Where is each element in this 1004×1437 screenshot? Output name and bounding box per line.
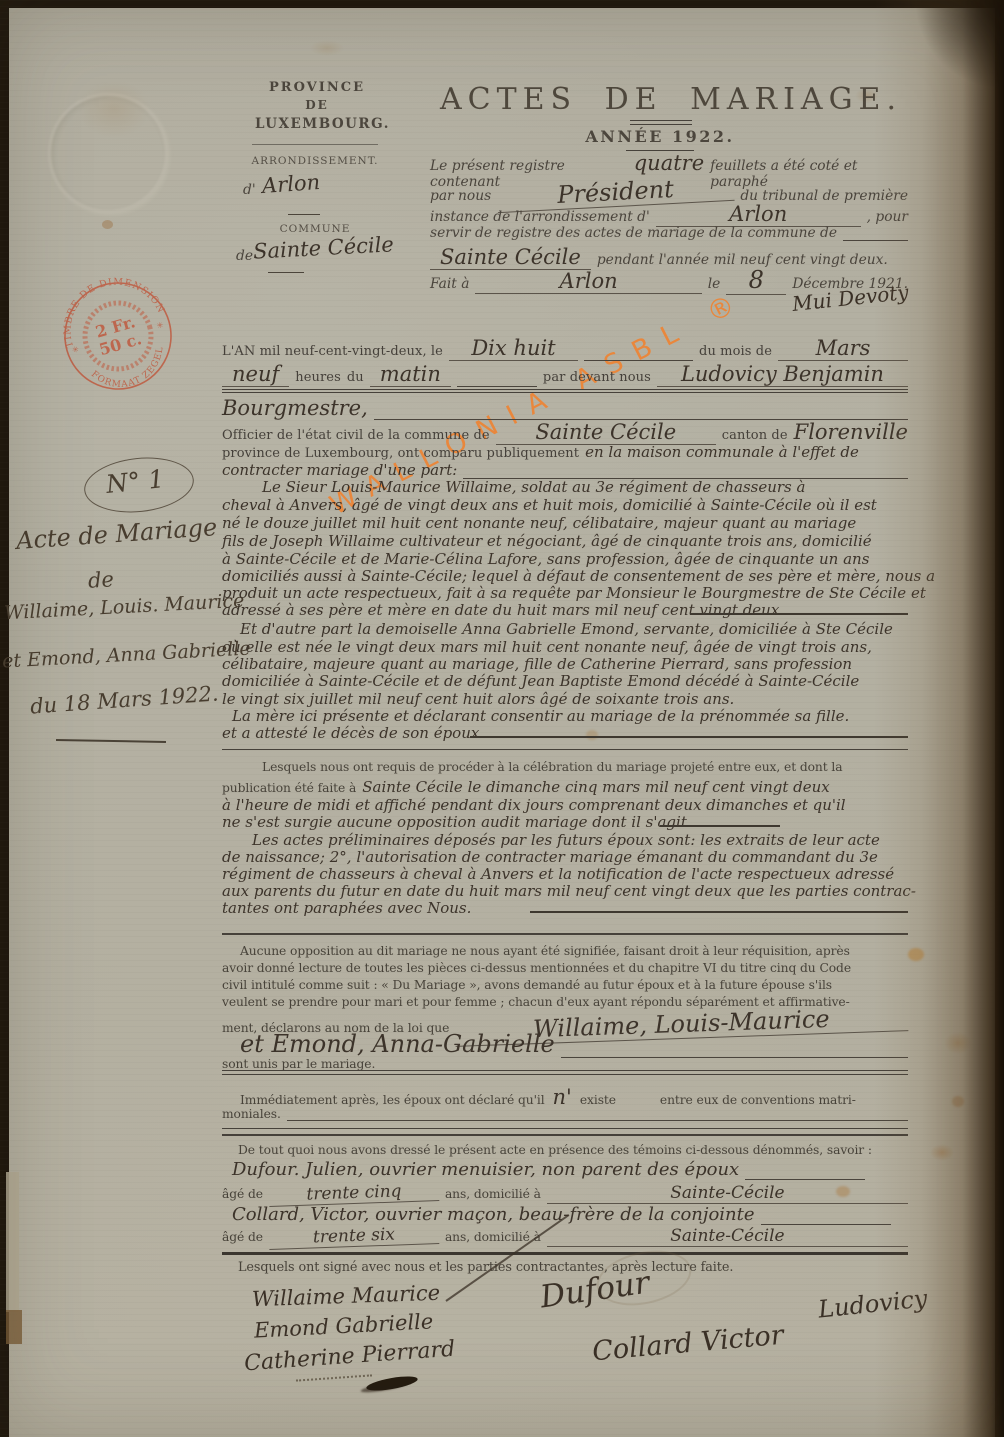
- divider-rule: [222, 749, 908, 750]
- hand-fill-line: [470, 736, 908, 738]
- blank-line: [287, 1116, 908, 1121]
- publication-hand-line: à l'heure de midi et affiché pendant dix…: [222, 796, 846, 814]
- printed-text: publication été faite à: [222, 781, 356, 795]
- year-label: ANNÉE 1922.: [440, 127, 880, 146]
- blank-line: [561, 1053, 908, 1058]
- witness-2-age-line: âgé de trente six ans, domicilié à Saint…: [222, 1226, 908, 1247]
- hand-arlon-2: Arlon: [475, 269, 701, 294]
- groom-line: né le douze juillet mil huit cent nonant…: [222, 514, 856, 532]
- printed-text: ans, domicilié à: [445, 1187, 541, 1201]
- hand-witness-1-domicile: Sainte-Cécile: [547, 1183, 908, 1204]
- printed-text: entre eux de conventions matri-: [660, 1093, 856, 1107]
- declaration-printed-line: Aucune opposition au dit mariage ne nous…: [240, 944, 850, 958]
- stamp-ornament-left: ✳: [71, 344, 80, 355]
- arrondissement-label: ARRONDISSEMENT.: [247, 155, 383, 167]
- witness-1-name-line: Dufour. Julien, ouvrier menuisier, non p…: [232, 1159, 908, 1180]
- printed-text: Immédiatement après, les époux ont décla…: [240, 1093, 545, 1107]
- stamp-ornament-right: ✳: [156, 320, 165, 331]
- margin-note-line2: de: [87, 567, 114, 593]
- arrondissement-value: Arlon: [261, 170, 321, 198]
- groom-line: domiciliés aussi à Sainte-Cécile; lequel…: [222, 567, 935, 585]
- blank-line: [457, 382, 537, 387]
- publication-hand-line: de naissance; 2°, l'autorisation de cont…: [222, 848, 878, 866]
- declaration-closing: sont unis par le mariage.: [222, 1057, 375, 1071]
- divider-rule: [222, 933, 908, 935]
- hand-witness-1-age: trente cinq: [269, 1180, 440, 1207]
- printed-text: du mois de: [699, 344, 772, 359]
- commune-prefix: de: [236, 248, 253, 264]
- act-line-4: Officier de l'état civil de la commune d…: [222, 420, 908, 445]
- declaration-line-6: et Emond, Anna-Gabrielle: [240, 1030, 908, 1058]
- hand-bourgmestre: Bourgmestre,: [222, 396, 368, 420]
- bride-line: et a attesté le décès de son époux.: [222, 724, 484, 742]
- groom-line: Le Sieur Louis-Maurice Willaime, soldat …: [262, 478, 805, 496]
- groom-line: à Sainte-Cécile et de Marie-Célina Lafor…: [222, 550, 869, 568]
- hand-matin: matin: [370, 362, 451, 387]
- hand-fill-line: [530, 911, 908, 913]
- margin-note-number: N° 1: [105, 464, 166, 499]
- groom-line: adressé à ses père et mère en date du hu…: [222, 601, 784, 619]
- printed-text: province de Luxembourg, ont comparu publ…: [222, 446, 579, 461]
- hand-hour: neuf: [222, 362, 289, 387]
- hand-officer-name: Ludovicy Benjamin: [657, 362, 908, 387]
- scanned-marriage-register-page: PROVINCE DE LUXEMBOURG. ARRONDISSEMENT. …: [0, 0, 1004, 1437]
- printed-text: moniales.: [222, 1107, 281, 1121]
- hand-day: Dix huit: [449, 336, 578, 361]
- printed-text: , pour: [867, 209, 908, 225]
- printed-text: existe: [580, 1093, 616, 1107]
- embossed-seal: [48, 93, 168, 213]
- page-edge-notch: [6, 1310, 22, 1344]
- hand-bride-name: et Emond, Anna-Gabrielle: [240, 1030, 555, 1058]
- bride-line: La mère ici présente et déclarant consen…: [232, 707, 849, 725]
- divider-rule: [252, 144, 378, 145]
- act-line-6: contracter mariage d'une part:: [222, 461, 908, 479]
- publication-hand-line: aux parents du futur en date du huit mar…: [222, 882, 916, 900]
- hand-witness-1: Dufour. Julien, ouvrier menuisier, non p…: [232, 1159, 739, 1180]
- printed-text: âgé de: [222, 1187, 263, 1201]
- witness-2-name-line: Collard, Victor, ouvrier maçon, beau-frè…: [232, 1204, 908, 1225]
- act-line-5: province de Luxembourg, ont comparu publ…: [222, 443, 908, 461]
- witnesses-intro: De tout quoi nous avons dressé le présen…: [238, 1143, 872, 1157]
- hand-text: contracter mariage d'une part:: [222, 461, 457, 479]
- printed-text: du: [347, 370, 364, 385]
- hand-fill-line: [660, 825, 780, 827]
- title-underline: [630, 124, 692, 125]
- divider-rule: [222, 1134, 908, 1136]
- act-line-2: neuf heures du matin par devant nous Lud…: [222, 362, 908, 387]
- title-underline: [630, 120, 692, 121]
- page-title: ACTES DE MARIAGE.: [440, 82, 880, 117]
- printed-text: Fait à: [430, 276, 469, 292]
- publication-hand-line: régiment de chasseurs à cheval à Anvers …: [222, 865, 894, 883]
- groom-line: cheval à Anvers, âgé de vingt deux ans e…: [222, 496, 877, 514]
- province-label-line1: PROVINCE: [262, 80, 372, 95]
- page-edge-sliver: [6, 1172, 19, 1312]
- publication-hand-line: tantes ont paraphées avec Nous.: [222, 899, 471, 917]
- hand-quatre: quatre: [634, 151, 704, 175]
- publication-hand-line: Les actes préliminaires déposés par les …: [252, 831, 880, 849]
- hand-witness-2-age: trente six: [269, 1223, 440, 1250]
- conventions-line-2: moniales.: [222, 1107, 908, 1121]
- register-line-3: instance de l'arrondissement d' Arlon , …: [430, 202, 908, 227]
- hand-dash: [288, 214, 320, 215]
- groom-line: produit un acte respectueux, fait à sa r…: [222, 584, 926, 602]
- province-label-line3: LUXEMBOURG.: [255, 116, 379, 132]
- printed-text: L'AN mil neuf-cent-vingt-deux, le: [222, 344, 443, 359]
- divider-rule: [222, 1128, 908, 1129]
- hand-month: Mars: [778, 336, 908, 361]
- hand-witness-2-domicile: Sainte-Cécile: [547, 1226, 908, 1247]
- printed-text: servir de registre des actes de mariage …: [430, 225, 837, 241]
- publication-line-2: publication été faite à Sainte Cécile le…: [222, 778, 908, 796]
- blank-line: [843, 236, 908, 241]
- hand-text: en la maison communale à l'effet de: [585, 443, 859, 461]
- publication-printed-1: Lesquels nous ont requis de procéder à l…: [262, 760, 842, 774]
- hand-canton: Florenville: [794, 420, 908, 444]
- register-line-4: servir de registre des actes de mariage …: [430, 225, 908, 241]
- hand-arlon: Arlon: [656, 202, 861, 227]
- printed-text: âgé de: [222, 1230, 263, 1244]
- witness-1-age-line: âgé de trente cinq ans, domicilié à Sain…: [222, 1183, 908, 1204]
- bride-line: célibataire, majeure quant au mariage, f…: [222, 655, 852, 673]
- conventions-line-1: Immédiatement après, les époux ont décla…: [240, 1085, 908, 1109]
- bride-line: où elle est née le vingt deux mars mil h…: [222, 638, 872, 656]
- act-line-1: L'AN mil neuf-cent-vingt-deux, le Dix hu…: [222, 336, 908, 361]
- blank-line: [761, 1220, 891, 1225]
- printed-text: canton de: [722, 428, 788, 443]
- blank-line: [584, 356, 693, 361]
- bride-line: domiciliée à Sainte-Cécile et de défunt …: [222, 672, 859, 690]
- hand-insert: n': [553, 1085, 572, 1109]
- declaration-printed-line: avoir donné lecture de toutes les pièces…: [222, 961, 851, 975]
- hand-fill-line: [690, 613, 908, 615]
- divider-rule: [222, 392, 908, 393]
- hand-commune: Sainte Cécile: [496, 420, 716, 445]
- printed-text: le: [708, 276, 721, 292]
- divider-rule: [222, 1070, 908, 1071]
- province-label-line2: DE: [262, 98, 372, 112]
- groom-line: fils de Joseph Willaime cultivateur et n…: [222, 532, 872, 550]
- blank-line: [745, 1175, 865, 1180]
- declaration-printed-line: civil intitulé comme suit : « Du Mariage…: [222, 978, 832, 992]
- printed-text: heures: [295, 370, 341, 385]
- hand-text: Sainte Cécile le dimanche cinq mars mil …: [362, 778, 830, 796]
- hand-dash: [268, 272, 304, 273]
- bride-line: le vingt six juillet mil neuf cent huit …: [222, 690, 734, 708]
- printed-text: instance de l'arrondissement d': [430, 209, 650, 225]
- printed-text: par devant nous: [543, 370, 651, 385]
- divider-rule: [222, 1252, 908, 1255]
- hand-witness-2: Collard, Victor, ouvrier maçon, beau-frè…: [232, 1204, 755, 1225]
- bride-line: Et d'autre part la demoiselle Anna Gabri…: [240, 620, 893, 638]
- printed-text: Officier de l'état civil de la commune d…: [222, 428, 490, 443]
- divider-rule: [222, 1074, 908, 1075]
- act-line-3: Bourgmestre,: [222, 396, 908, 420]
- publication-hand-line: ne s'est surgie aucune opposition audit …: [222, 813, 692, 831]
- arrondissement-prefix: d': [243, 182, 256, 198]
- divider-rule: [222, 389, 908, 390]
